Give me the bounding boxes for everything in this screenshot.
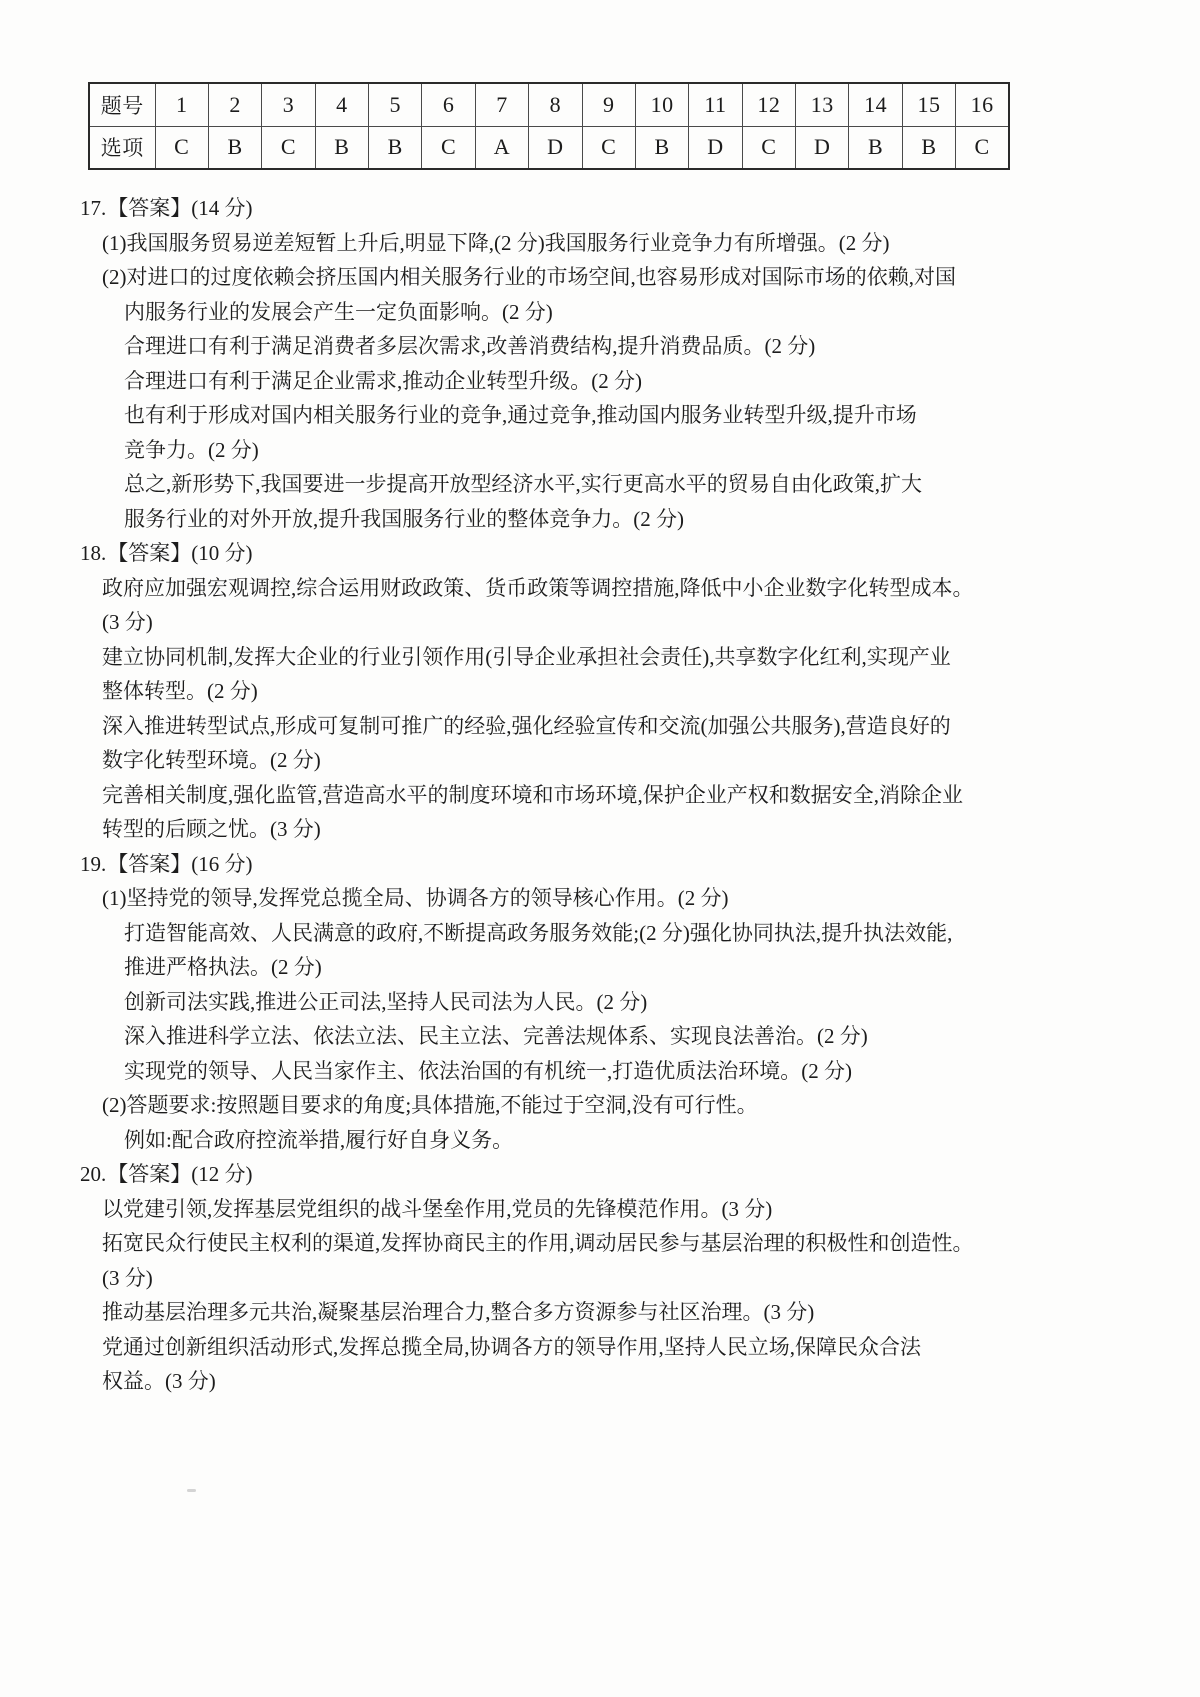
answer-section-20: 20.【答案】(12 分) 以党建引领,发挥基层党组织的战斗堡垒作用,党员的先锋… [80,1157,1140,1399]
answer-choice-cell: B [902,126,955,169]
answer-line: 创新司法实践,推进公正司法,坚持人民司法为人民。(2 分) [124,985,1140,1020]
question-number-cell: 14 [849,83,902,126]
scanned-answer-sheet-page: 题号 1 2 3 4 5 6 7 8 9 10 11 [0,0,1200,1697]
answer-choice-cell: A [475,126,528,169]
answer-line: 竞争力。(2 分) [124,433,1140,468]
answer-line: (2)答题要求:按照题目要求的角度;具体措施,不能过于空洞,没有可行性。 [102,1088,1140,1123]
answer-line: (2)对进口的过度依赖会挤压国内相关服务行业的市场空间,也容易形成对国际市场的依… [102,260,1140,295]
answer-line: 合理进口有利于满足企业需求,推动企业转型升级。(2 分) [124,364,1140,399]
answer-heading-20: 【答案】(12 分) [107,1162,252,1186]
question-number-cell: 5 [369,83,422,126]
answer-choice-cell: D [529,126,582,169]
answer-choice-cell: C [262,126,315,169]
answer-line: 深入推进转型试点,形成可复制可推广的经验,强化经验宣传和交流(加强公共服务),营… [102,709,1140,744]
answer-key-table: 题号 1 2 3 4 5 6 7 8 9 10 11 [88,82,1010,170]
answer-section-19: 19.【答案】(16 分) (1)坚持党的领导,发挥党总揽全局、协调各方的领导核… [80,847,1140,1158]
answer-choice-cell: D [689,126,742,169]
answer-choice-cell: B [315,126,368,169]
answer-choice-cell: B [849,126,902,169]
question-number-cell: 8 [529,83,582,126]
answer-line: 完善相关制度,强化监管,营造高水平的制度环境和市场环境,保护企业产权和数据安全,… [102,778,1140,813]
question-number-cell: 13 [796,83,849,126]
answer-line: 实现党的领导、人民当家作主、依法治国的有机统一,打造优质法治环境。(2 分) [124,1054,1140,1089]
answer-line: 例如:配合政府控流举措,履行好自身义务。 [124,1123,1140,1158]
question-number-cell: 2 [208,83,261,126]
question-number-row: 题号 1 2 3 4 5 6 7 8 9 10 11 [89,83,1009,126]
question-number-cell: 6 [422,83,475,126]
question-number-cell: 1 [155,83,208,126]
answer-line: 总之,新形势下,我国要进一步提高开放型经济水平,实行更高水平的贸易自由化政策,扩… [124,467,1140,502]
answer-line: (1)坚持党的领导,发挥党总揽全局、协调各方的领导核心作用。(2 分) [102,881,1140,916]
answer-line: 政府应加强宏观调控,综合运用财政政策、货币政策等调控措施,降低中小企业数字化转型… [102,571,1140,606]
answer-line: 以党建引领,发挥基层党组织的战斗堡垒作用,党员的先锋模范作用。(3 分) [102,1192,1140,1227]
question-number-17: 17. [80,196,106,220]
question-number-cell: 11 [689,83,742,126]
answer-line: (3 分) [102,605,1140,640]
choice-row: 选项 C B C B B C A D C B D [89,126,1009,169]
question-number-20: 20. [80,1162,106,1186]
answer-line: 转型的后顾之忧。(3 分) [102,812,1140,847]
answer-choice-cell: B [208,126,261,169]
answer-heading-17: 【答案】(14 分) [107,196,252,220]
answer-line: 建立协同机制,发挥大企业的行业引领作用(引导企业承担社会责任),共享数字化红利,… [102,640,1140,675]
answer-choice-cell: B [369,126,422,169]
answer-choice-cell: C [956,126,1009,169]
answer-choice-cell: C [422,126,475,169]
answer-line: (1)我国服务贸易逆差短暂上升后,明显下降,(2 分)我国服务行业竞争力有所增强… [102,226,1140,261]
answer-line: 整体转型。(2 分) [102,674,1140,709]
question-number-cell: 16 [956,83,1009,126]
section-header-18: 18.【答案】(10 分) [80,536,1140,571]
answer-choice-cell: C [582,126,635,169]
answer-line: 内服务行业的发展会产生一定负面影响。(2 分) [124,295,1140,330]
answer-line: 合理进口有利于满足消费者多层次需求,改善消费结构,提升消费品质。(2 分) [124,329,1140,364]
row-label-question-number: 题号 [89,83,155,126]
question-number-cell: 10 [635,83,688,126]
answer-line: 拓宽民众行使民主权利的渠道,发挥协商民主的作用,调动居民参与基层治理的积极性和创… [102,1226,1140,1261]
answer-line: 推进严格执法。(2 分) [124,950,1140,985]
section-header-19: 19.【答案】(16 分) [80,847,1140,882]
row-label-choice: 选项 [89,126,155,169]
answer-heading-19: 【答案】(16 分) [107,852,252,876]
question-number-18: 18. [80,541,106,565]
answer-line: 打造智能高效、人民满意的政府,不断提高政务服务效能;(2 分)强化协同执法,提升… [124,916,1140,951]
answers-content: 17.【答案】(14 分) (1)我国服务贸易逆差短暂上升后,明显下降,(2 分… [80,191,1140,1399]
answer-line: 党通过创新组织活动形式,发挥总揽全局,协调各方的领导作用,坚持人民立场,保障民众… [102,1330,1140,1365]
answer-section-18: 18.【答案】(10 分) 政府应加强宏观调控,综合运用财政政策、货币政策等调控… [80,536,1140,847]
question-number-cell: 4 [315,83,368,126]
answer-line: 服务行业的对外开放,提升我国服务行业的整体竞争力。(2 分) [124,502,1140,537]
answer-choice-cell: C [742,126,795,169]
question-number-cell: 15 [902,83,955,126]
answer-choice-cell: B [635,126,688,169]
scan-artifact [187,1489,196,1492]
answer-choice-cell: D [796,126,849,169]
answer-section-17: 17.【答案】(14 分) (1)我国服务贸易逆差短暂上升后,明显下降,(2 分… [80,191,1140,536]
section-header-20: 20.【答案】(12 分) [80,1157,1140,1192]
answer-line: 推动基层治理多元共治,凝聚基层治理合力,整合多方资源参与社区治理。(3 分) [102,1295,1140,1330]
question-number-cell: 12 [742,83,795,126]
answer-line: 深入推进科学立法、依法立法、民主立法、完善法规体系、实现良法善治。(2 分) [124,1019,1140,1054]
answer-heading-18: 【答案】(10 分) [107,541,252,565]
question-number-cell: 7 [475,83,528,126]
question-number-cell: 3 [262,83,315,126]
answer-choice-cell: C [155,126,208,169]
question-number-cell: 9 [582,83,635,126]
answer-line: 也有利于形成对国内相关服务行业的竞争,通过竞争,推动国内服务业转型升级,提升市场 [124,398,1140,433]
section-header-17: 17.【答案】(14 分) [80,191,1140,226]
question-number-19: 19. [80,852,106,876]
answer-line: 数字化转型环境。(2 分) [102,743,1140,778]
answer-line: 权益。(3 分) [102,1364,1140,1399]
answer-line: (3 分) [102,1261,1140,1296]
